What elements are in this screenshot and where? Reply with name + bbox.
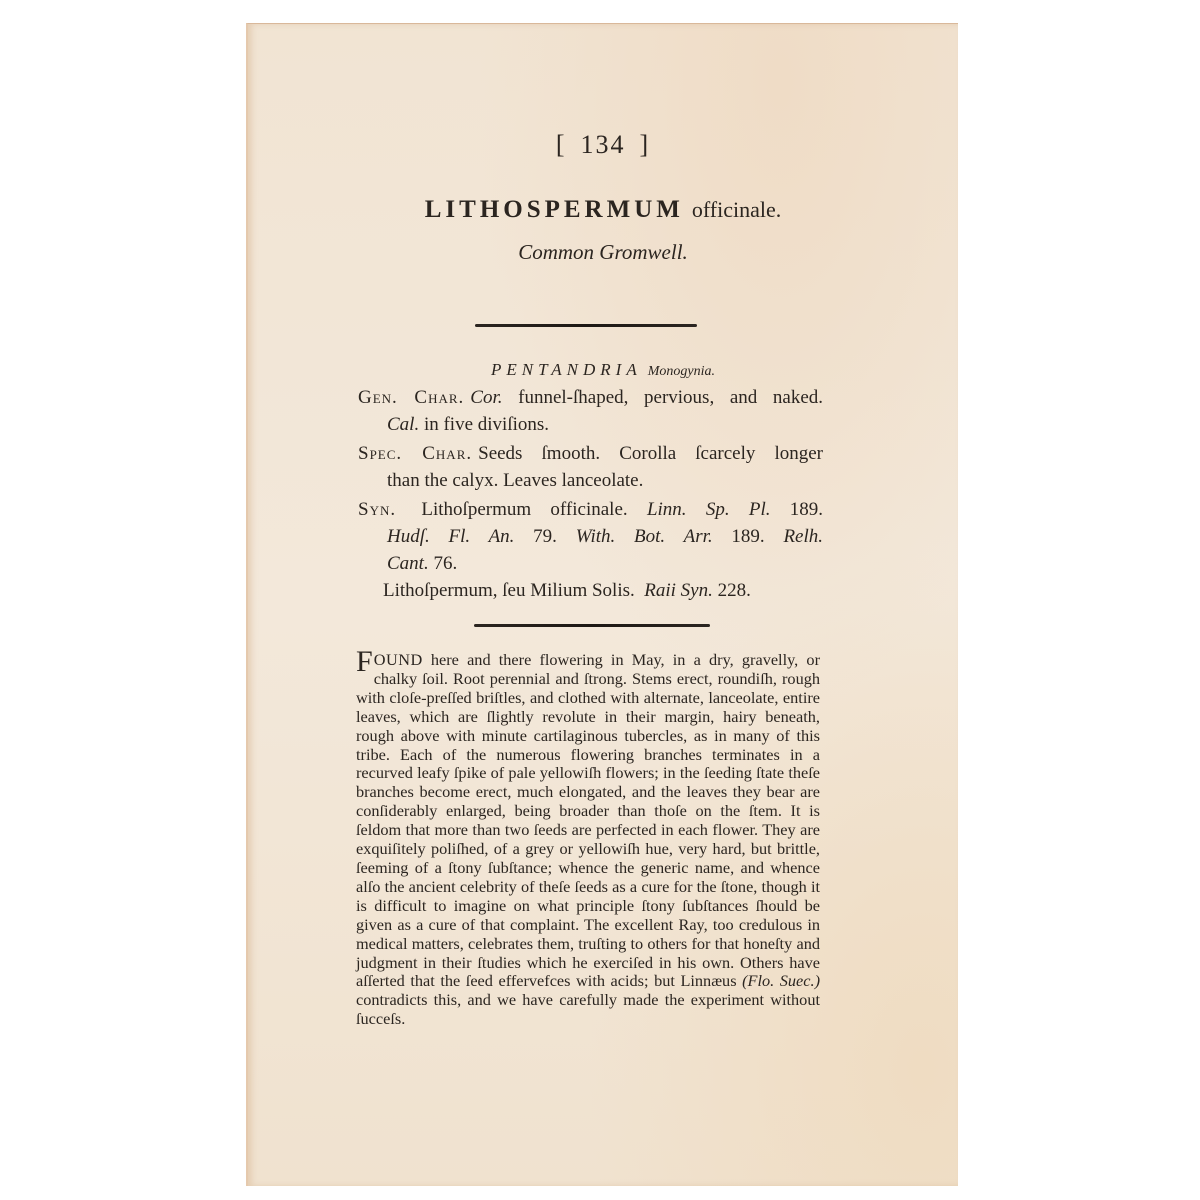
description-text-end: contradicts this, and we have carefully … <box>356 990 820 1028</box>
synonymy: Syn. Lithoſpermum officinale. Linn. Sp. … <box>358 496 823 604</box>
syn-name: Lithoſpermum officinale. <box>421 499 627 520</box>
linnaean-classification: PENTANDRIAMonogynia. <box>248 360 958 380</box>
specific-character: Spec. Char.Seeds ſmooth. Corolla ſcarcel… <box>358 440 823 494</box>
characters-section: Gen. Char.Cor. funnel-ſhaped, pervious, … <box>358 384 823 606</box>
description-text: here and there flowering in May, in a dr… <box>356 650 820 990</box>
syn-ref-ray: Raii Syn. <box>644 580 713 601</box>
syn-ref-hudson-page: 79. <box>514 526 557 547</box>
syn-ref-relhan-page: 76. <box>429 553 458 574</box>
description-paragraph: FOUND here and there flowering in May, i… <box>356 651 820 1029</box>
order-name: Monogynia. <box>648 364 715 379</box>
syn-ref-ray-page: 228. <box>713 580 751 601</box>
generic-character: Gen. Char.Cor. funnel-ſhaped, pervious, … <box>358 384 823 438</box>
folio-number: 134 <box>581 130 626 159</box>
syn-ref-withering: With. Bot. Arr. <box>576 526 713 547</box>
spec-char-label: Spec. Char. <box>358 443 472 464</box>
syn-ref-withering-page: 189. <box>713 526 765 547</box>
opening-word: OUND <box>374 650 423 669</box>
gen-char-label: Gen. Char. <box>358 387 464 408</box>
syn-ref-relhan: Relh. <box>783 526 823 547</box>
folio-bracket-open: [ <box>556 130 567 159</box>
gen-char-corolla-abbr: Cor. <box>470 387 502 408</box>
syn-alternate: Lithoſpermum, ſeu Milium Solis. Raii Syn… <box>358 577 823 604</box>
page-number: [134] <box>248 130 958 160</box>
class-name: PENTANDRIA <box>491 360 642 379</box>
species-title: LITHOSPERMUMofficinale. <box>248 196 958 224</box>
citation-flora-suecica: (Flo. Suec.) <box>742 971 820 990</box>
spec-char-line2: than the calyx. Leaves lanceolate. <box>358 467 823 494</box>
folio-bracket-close: ] <box>640 130 651 159</box>
syn-ref-hudson: Hudſ. Fl. An. <box>387 526 514 547</box>
gen-char-line1: funnel-ſhaped, pervious, and naked. <box>503 387 823 408</box>
gen-char-calyx-abbr: Cal. <box>387 414 419 435</box>
drop-cap: F <box>356 652 373 672</box>
book-page: [134] LITHOSPERMUMofficinale. Common Gro… <box>246 23 958 1186</box>
gen-char-line2: in five diviſions. <box>419 414 549 435</box>
divider-rule <box>474 624 710 627</box>
syn-ref-linnaeus: Linn. Sp. Pl. <box>647 499 771 520</box>
genus-name: LITHOSPERMUM <box>425 196 684 223</box>
syn-ref-linnaeus-page: 189. <box>771 499 824 520</box>
species-epithet: officinale. <box>692 197 781 222</box>
syn-alt-name: Lithoſpermum, ſeu Milium Solis. <box>383 580 635 601</box>
syn-ref-relhan-cont: Cant. <box>387 553 429 574</box>
divider-rule <box>475 324 697 327</box>
common-name: Common Gromwell. <box>248 240 958 265</box>
spec-char-line1: Seeds ſmooth. Corolla ſcarcely longer <box>478 443 823 464</box>
syn-label: Syn. <box>358 499 396 520</box>
